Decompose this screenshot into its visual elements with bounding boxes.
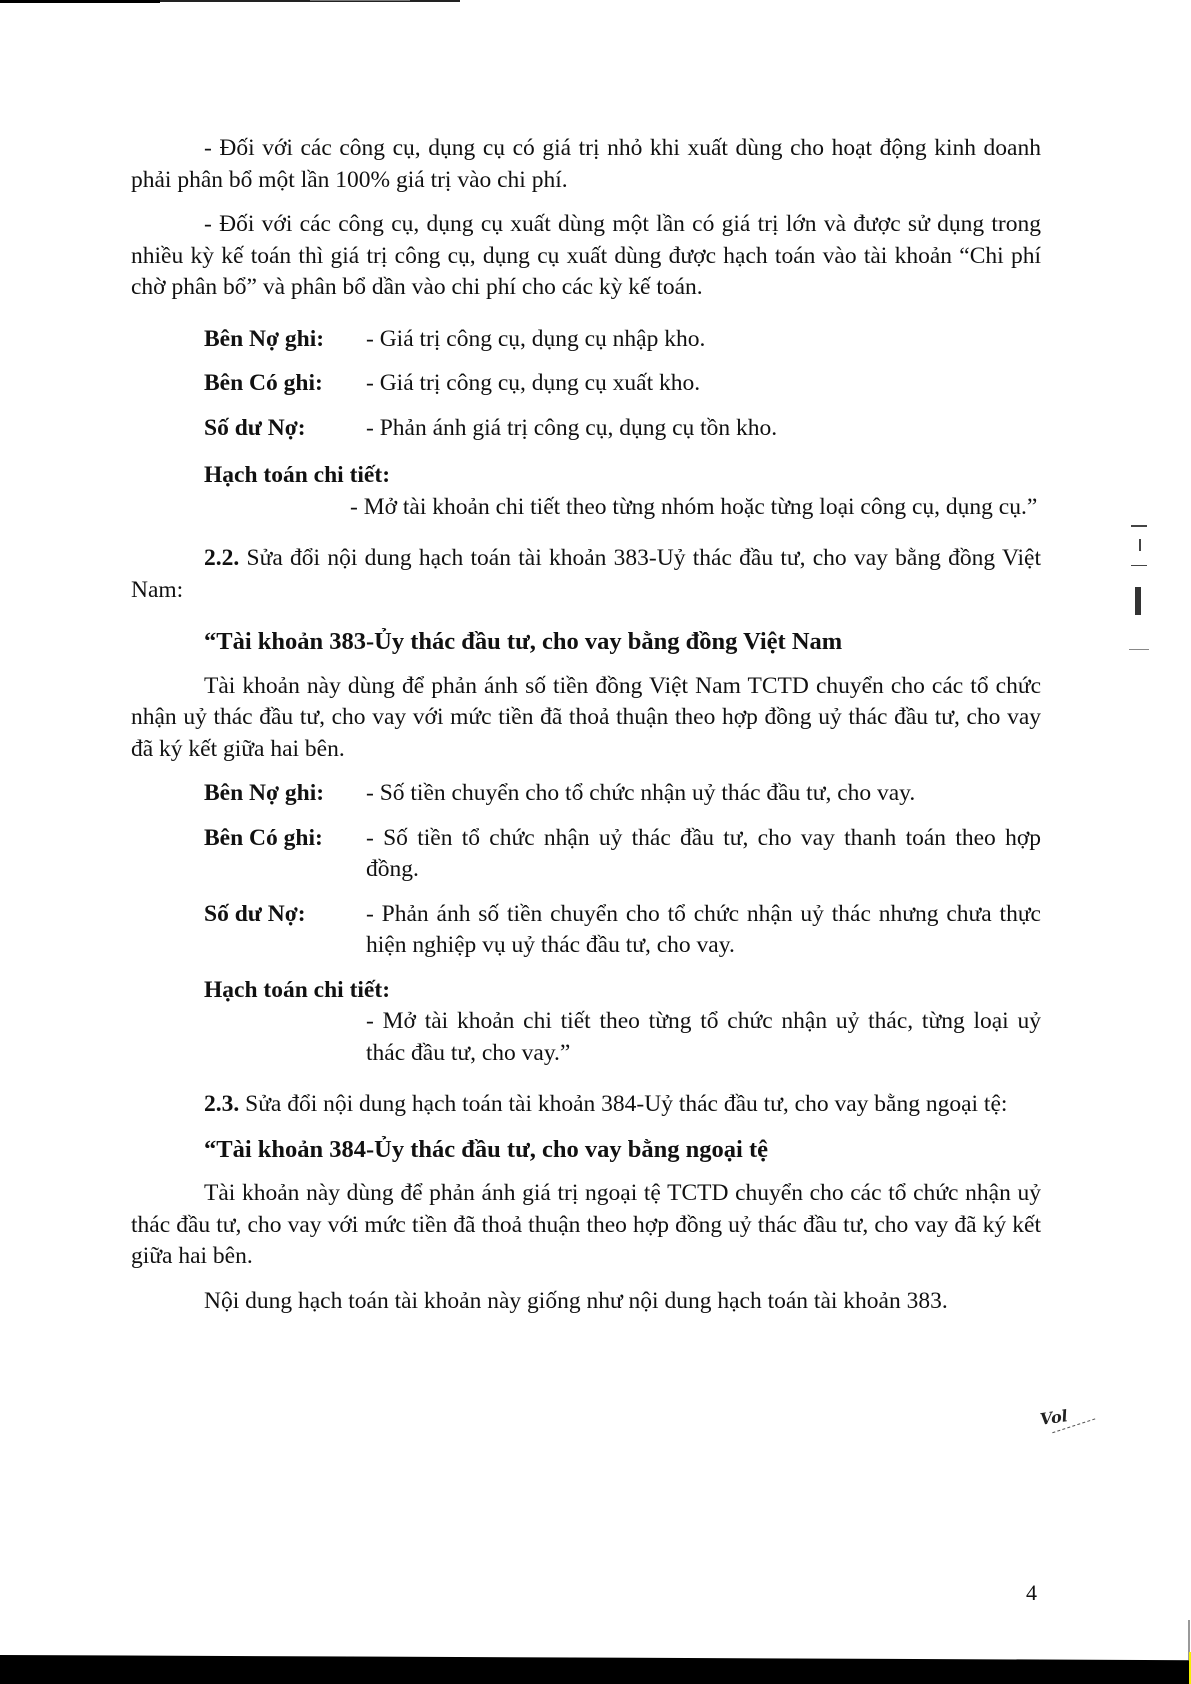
- entry-value: - Phản ánh số tiền chuyển cho tổ chức nh…: [366, 899, 1041, 962]
- account-384-closing: Nội dung hạch toán tài khoản này giống n…: [131, 1286, 1041, 1318]
- entries-tools: Bên Nợ ghi: - Giá trị công cụ, dụng cụ n…: [131, 324, 1041, 445]
- entry-value: - Số tiền tổ chức nhận uỷ thác đầu tư, c…: [366, 823, 1041, 886]
- account-383-heading: “Tài khoản 383-Ủy thác đầu tư, cho vay b…: [204, 626, 1041, 658]
- detail-heading: Hạch toán chi tiết:: [204, 975, 1041, 1007]
- entry-label: Số dư Nợ:: [204, 413, 366, 445]
- entry-value: - Số tiền chuyển cho tổ chức nhận uỷ thá…: [366, 778, 1041, 810]
- entry-label: Số dư Nợ:: [204, 899, 366, 962]
- detail-text: - Mở tài khoản chi tiết theo từng tổ chứ…: [366, 1006, 1041, 1069]
- entry-row-credit: Bên Có ghi: - Số tiền tổ chức nhận uỷ th…: [204, 823, 1041, 886]
- entry-row-debit: Bên Nợ ghi: - Số tiền chuyển cho tổ chức…: [204, 778, 1041, 810]
- entries-383: Bên Nợ ghi: - Số tiền chuyển cho tổ chức…: [131, 778, 1041, 962]
- signature-initials: Vol: [1039, 1406, 1069, 1429]
- entry-row-balance: Số dư Nợ: - Phản ánh giá trị công cụ, dụ…: [204, 413, 1041, 445]
- paragraph-small-tools: - Đối với các công cụ, dụng cụ có giá tr…: [131, 133, 1041, 196]
- section-text: Sửa đổi nội dung hạch toán tài khoản 384…: [239, 1091, 1007, 1117]
- entry-row-balance: Số dư Nợ: - Phản ánh số tiền chuyển cho …: [204, 899, 1041, 962]
- entry-row-credit: Bên Có ghi: - Giá trị công cụ, dụng cụ x…: [204, 368, 1041, 400]
- paragraph-large-tools: - Đối với các công cụ, dụng cụ xuất dùng…: [131, 209, 1041, 304]
- account-383-description: Tài khoản này dùng để phản ánh số tiền đ…: [131, 671, 1041, 766]
- entry-value: - Giá trị công cụ, dụng cụ nhập kho.: [366, 324, 1041, 356]
- document-page: - Đối với các công cụ, dụng cụ có giá tr…: [131, 133, 1041, 1317]
- account-384-heading: “Tài khoản 384-Ủy thác đầu tư, cho vay b…: [204, 1134, 1041, 1166]
- page-number: 4: [1026, 1580, 1037, 1606]
- entry-label: Bên Nợ ghi:: [204, 324, 366, 356]
- section-2-2-intro: 2.2. Sửa đổi nội dung hạch toán tài khoả…: [131, 543, 1041, 606]
- detail-heading: Hạch toán chi tiết:: [204, 460, 1041, 492]
- entry-value: - Phản ánh giá trị công cụ, dụng cụ tồn …: [366, 413, 1041, 445]
- section-2-3-intro: 2.3. Sửa đổi nội dung hạch toán tài khoả…: [131, 1089, 1041, 1121]
- entry-label: Bên Có ghi:: [204, 368, 366, 400]
- entry-label: Bên Nợ ghi:: [204, 778, 366, 810]
- entry-value: - Giá trị công cụ, dụng cụ xuất kho.: [366, 368, 1041, 400]
- section-number: 2.3.: [204, 1091, 239, 1117]
- section-text: Sửa đổi nội dung hạch toán tài khoản 383…: [131, 545, 1041, 603]
- entry-row-debit: Bên Nợ ghi: - Giá trị công cụ, dụng cụ n…: [204, 324, 1041, 356]
- detail-text: - Mở tài khoản chi tiết theo từng nhóm h…: [131, 492, 1041, 524]
- entry-label: Bên Có ghi:: [204, 823, 366, 886]
- scan-margin-marks: [1125, 525, 1155, 655]
- account-384-description: Tài khoản này dùng để phản ánh giá trị n…: [131, 1178, 1041, 1273]
- section-number: 2.2.: [204, 545, 239, 571]
- scan-artifact-top: [310, 0, 410, 1]
- scan-artifact-bottom-band: [0, 1655, 1191, 1684]
- scan-artifact-top: [0, 0, 160, 3]
